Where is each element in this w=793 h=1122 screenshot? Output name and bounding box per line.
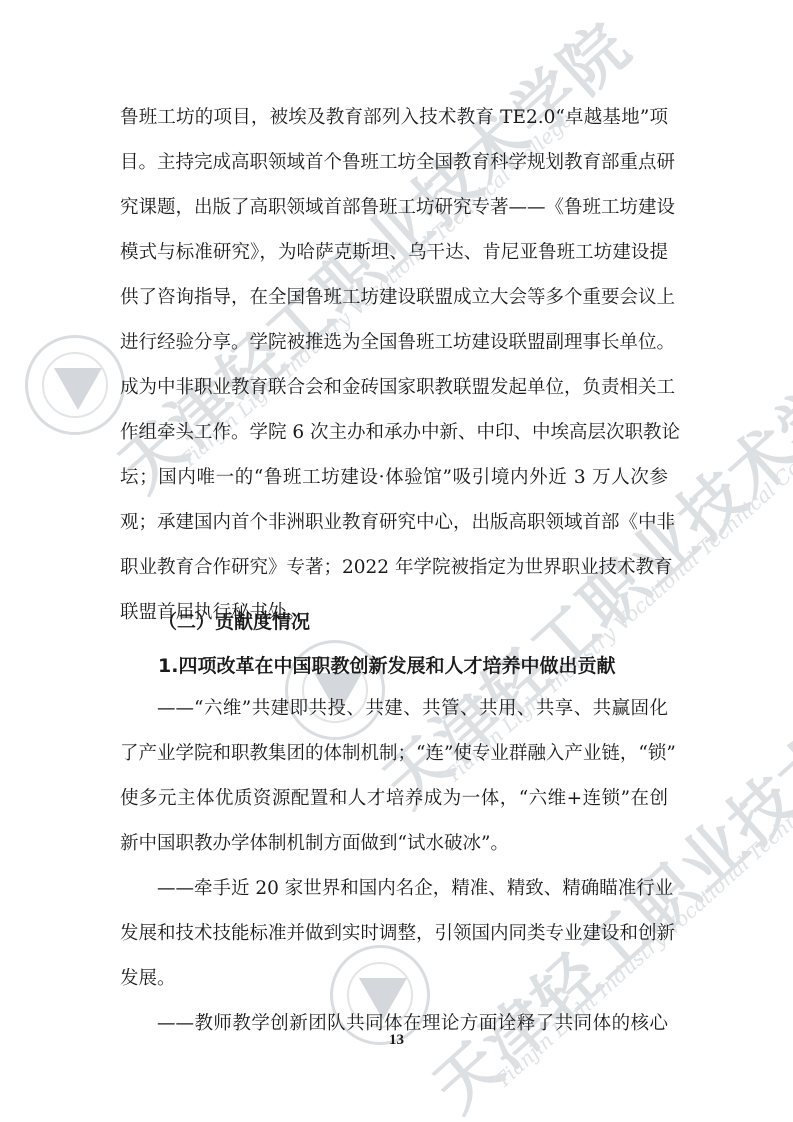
paragraph-2-line-2: 了产业学院和职教集团的体制机制；“连”使专业群融入产业链，“锁” bbox=[120, 742, 668, 766]
paragraph-2-line-1: ——“六维”共建即共投、共建、共管、共用、共享、共赢固化 bbox=[120, 697, 668, 721]
page-number: 13 bbox=[0, 1032, 793, 1049]
paragraph-3-line-3: 发展。 bbox=[120, 967, 668, 991]
paragraph-1-line-6: 进行经验分享。学院被推选为全国鲁班工坊建设联盟副理事长单位。 bbox=[120, 331, 668, 355]
paragraph-2-line-3: 使多元主体优质资源配置和人才培养成为一体，“六维+连锁”在创 bbox=[120, 787, 668, 811]
paragraph-1-line-9: 坛；国内唯一的“鲁班工坊建设·体验馆”吸引境内外近 3 万人次参 bbox=[120, 466, 668, 490]
paragraph-3-line-1: ——牵手近 20 家世界和国内名企，精准、精致、精确瞄准行业 bbox=[120, 877, 668, 901]
paragraph-1-line-2: 目。主持完成高职领域首个鲁班工坊全国教育科学规划教育部重点研 bbox=[120, 151, 668, 175]
paragraph-2-line-4: 新中国职教办学体制机制方面做到“试水破冰”。 bbox=[120, 832, 668, 856]
section-heading: （二）贡献度情况 bbox=[158, 607, 310, 634]
subsection-heading: 1.四项改革在中国职教创新发展和人才培养中做出贡献 bbox=[158, 651, 615, 678]
paragraph-1-line-8: 作组牵头工作。学院 6 次主办和承办中新、中印、中埃高层次职教论 bbox=[120, 421, 668, 445]
paragraph-1-line-10: 观；承建国内首个非洲职业教育研究中心，出版高职领域首部《中非 bbox=[120, 511, 668, 535]
paragraph-1-line-3: 究课题，出版了高职领域首部鲁班工坊研究专著——《鲁班工坊建设 bbox=[120, 196, 668, 220]
college-seal-watermark-top bbox=[25, 335, 125, 435]
paragraph-1-line-7: 成为中非职业教育联合会和金砖国家职教联盟发起单位，负责相关工 bbox=[120, 376, 668, 400]
paragraph-1-line-4: 模式与标准研究》，为哈萨克斯坦、乌干达、肯尼亚鲁班工坊建设提 bbox=[120, 241, 668, 265]
paragraph-3-line-2: 发展和技术技能标准并做到实时调整，引领国内同类专业建设和创新 bbox=[120, 922, 668, 946]
paragraph-1-line-1: 鲁班工坊的项目，被埃及教育部列入技术教育 TE2.0“卓越基地”项 bbox=[120, 106, 668, 130]
paragraph-1-line-5: 供了咨询指导，在全国鲁班工坊建设联盟成立大会等多个重要会议上 bbox=[120, 286, 668, 310]
document-page: 天津轻工职业技术学院 Tianjin Light Industry Vocati… bbox=[0, 0, 793, 1122]
paragraph-1-line-11: 职业教育合作研究》专著；2022 年学院被指定为世界职业技术教育 bbox=[120, 556, 668, 580]
